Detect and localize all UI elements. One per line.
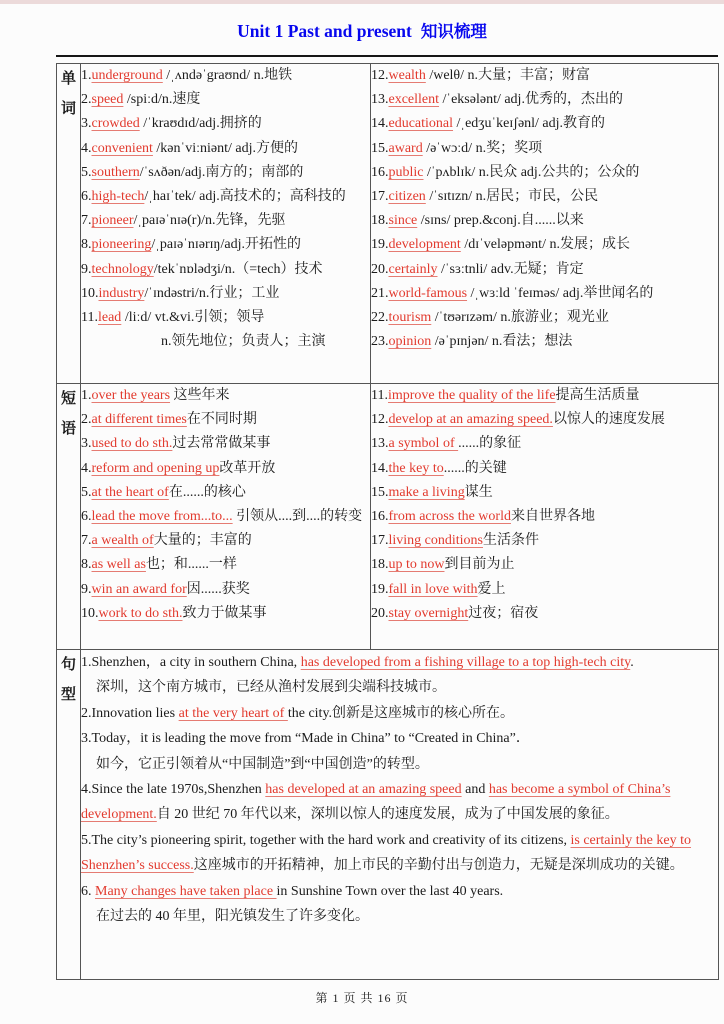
words-left-cell: 1.underground /ˌʌndəˈgraʊnd/ n.地铁2.speed… bbox=[81, 64, 371, 384]
words-left-list: 1.underground /ˌʌndəˈgraʊnd/ n.地铁2.speed… bbox=[81, 64, 370, 354]
title-divider bbox=[56, 55, 718, 57]
vocab-entry: 22.tourism /ˈtʊərɪzəm/ n.旅游业；观光业 bbox=[371, 306, 718, 330]
page-number: 第 1 页 共 16 页 bbox=[0, 989, 724, 1006]
sentence: 3.Today，it is leading the move from “Mad… bbox=[81, 726, 718, 751]
sentence: 4.Since the late 1970s,Shenzhen has deve… bbox=[81, 777, 718, 828]
phrase-entry: 7.a wealth of大量的；丰富的 bbox=[81, 529, 370, 553]
sentences-cell: 1.Shenzhen，a city in southern China, has… bbox=[81, 650, 719, 980]
sentences-row: 句型 1.Shenzhen，a city in southern China, … bbox=[57, 650, 719, 980]
phrase-entry: 18.up to now到目前为止 bbox=[371, 553, 718, 577]
phrases-right-cell: 11.improve the quality of the life提高生活质量… bbox=[371, 384, 719, 650]
sentence: 6. Many changes have taken place in Suns… bbox=[81, 879, 718, 904]
phrase-entry: 4.reform and opening up改革开放 bbox=[81, 457, 370, 481]
vocab-entry: 8.pioneering/ˌpaɪəˈnɪərɪŋ/adj.开拓性的 bbox=[81, 233, 370, 257]
vocab-entry: 16.public /ˈpʌblɪk/ n.民众 adj.公共的；公众的 bbox=[371, 161, 718, 185]
phrase-entry: 11.improve the quality of the life提高生活质量 bbox=[371, 384, 718, 408]
words-right-cell: 12.wealth /welθ/ n.大量；丰富；财富13.excellent … bbox=[371, 64, 719, 384]
phrase-entry: 1.over the years 这些年来 bbox=[81, 384, 370, 408]
vocab-entry: 14.educational /ˌedʒuˈkeɪʃənl/ adj.教育的 bbox=[371, 112, 718, 136]
phrases-row: 短语 1.over the years 这些年来2.at different t… bbox=[57, 384, 719, 650]
sentences-label-cell: 句型 bbox=[57, 650, 81, 980]
words-label-cell: 单词 bbox=[57, 64, 81, 384]
row-label-sentences: 句型 bbox=[60, 650, 77, 710]
vocab-entry: 6.high-tech/ˌhaɪˈtek/ adj.高技术的；高科技的 bbox=[81, 185, 370, 209]
phrase-entry: 9.win an award for因......获奖 bbox=[81, 578, 370, 602]
vocab-entry: 2.speed /spiːd/n.速度 bbox=[81, 88, 370, 112]
phrase-entry: 20.stay overnight过夜；宿夜 bbox=[371, 602, 718, 626]
vocab-entry: 17.citizen /ˈsɪtɪzn/ n.居民；市民，公民 bbox=[371, 185, 718, 209]
vocab-entry: 7.pioneer/ˌpaɪəˈnɪə(r)/n.先锋，先驱 bbox=[81, 209, 370, 233]
vocab-table: 单词 1.underground /ˌʌndəˈgraʊnd/ n.地铁2.sp… bbox=[56, 63, 719, 980]
sentence-translation: 在过去的 40 年里，阳光镇发生了许多变化。 bbox=[81, 904, 718, 929]
phrase-entry: 15.make a living谋生 bbox=[371, 481, 718, 505]
vocab-entry: 3.crowded /ˈkraʊdɪd/adj.拥挤的 bbox=[81, 112, 370, 136]
sentences-list: 1.Shenzhen，a city in southern China, has… bbox=[81, 650, 718, 929]
phrase-entry: 13.a symbol of ......的象征 bbox=[371, 432, 718, 456]
vocab-entry: 20.certainly /ˈsɜːtnli/ adv.无疑；肯定 bbox=[371, 258, 718, 282]
phrase-entry: 8.as well as也；和......一样 bbox=[81, 553, 370, 577]
words-row: 单词 1.underground /ˌʌndəˈgraʊnd/ n.地铁2.sp… bbox=[57, 64, 719, 384]
page-title-chinese: 知识梳理 bbox=[421, 22, 487, 41]
page-title-english: Unit 1 Past and present bbox=[237, 21, 412, 41]
vocab-entry: 4.convenient /kənˈviːniənt/ adj.方便的 bbox=[81, 137, 370, 161]
vocab-entry: 10.industry/ˈɪndəstri/n.行业；工业 bbox=[81, 282, 370, 306]
phrases-left-cell: 1.over the years 这些年来2.at different time… bbox=[81, 384, 371, 650]
row-label-phrases: 短语 bbox=[60, 384, 77, 444]
vocab-entry: 19.development /dɪˈveləpmənt/ n.发展；成长 bbox=[371, 233, 718, 257]
row-label-words: 单词 bbox=[60, 64, 77, 124]
vocab-entry: 21.world-famous /ˌwɜːld ˈfeɪməs/ adj.举世闻… bbox=[371, 282, 718, 306]
phrase-entry: 6.lead the move from...to... 引领从....到...… bbox=[81, 505, 370, 529]
phrase-entry: 5.at the heart of在......的核心 bbox=[81, 481, 370, 505]
phrase-entry: 17.living conditions生活条件 bbox=[371, 529, 718, 553]
vocab-entry: 5.southern/ˈsʌðən/adj.南方的；南部的 bbox=[81, 161, 370, 185]
phrases-left-list: 1.over the years 这些年来2.at different time… bbox=[81, 384, 370, 626]
phrase-entry: 12.develop at an amazing speed.以惊人的速度发展 bbox=[371, 408, 718, 432]
vocab-entry: 11.lead /liːd/ vt.&vi.引领；领导 bbox=[81, 306, 370, 330]
sentence-translation: 如今，它正引领着从“中国制造”到“中国创造”的转型。 bbox=[81, 752, 718, 777]
phrase-entry: 16.from across the world来自世界各地 bbox=[371, 505, 718, 529]
phrase-entry: 2.at different times在不同时期 bbox=[81, 408, 370, 432]
vocab-entry: 13.excellent /ˈeksələnt/ adj.优秀的，杰出的 bbox=[371, 88, 718, 112]
sentence-translation: 深圳，这个南方城市，已经从渔村发展到尖端科技城市。 bbox=[81, 675, 718, 700]
vocab-entry: 18.since /sɪns/ prep.&conj.自......以来 bbox=[371, 209, 718, 233]
sentence: 5.The city’s pioneering spirit, together… bbox=[81, 828, 718, 879]
vocab-entry-continuation: n.领先地位；负责人；主演 bbox=[81, 330, 370, 354]
phrase-entry: 3.used to do sth.过去常常做某事 bbox=[81, 432, 370, 456]
vocab-entry: 9.technology/tekˈnɒlədʒi/n.（=tech）技术 bbox=[81, 258, 370, 282]
window-top-bar bbox=[0, 0, 724, 4]
page-title: Unit 1 Past and present知识梳理 bbox=[0, 19, 724, 44]
words-right-list: 12.wealth /welθ/ n.大量；丰富；财富13.excellent … bbox=[371, 64, 718, 354]
sentence: 1.Shenzhen，a city in southern China, has… bbox=[81, 650, 718, 675]
phrase-entry: 10.work to do sth.致力于做某事 bbox=[81, 602, 370, 626]
phrase-entry: 14.the key to......的关键 bbox=[371, 457, 718, 481]
vocab-entry: 23.opinion /əˈpɪnjən/ n.看法；想法 bbox=[371, 330, 718, 354]
phrases-right-list: 11.improve the quality of the life提高生活质量… bbox=[371, 384, 718, 626]
vocab-entry: 12.wealth /welθ/ n.大量；丰富；财富 bbox=[371, 64, 718, 88]
vocab-entry: 15.award /əˈwɔːd/ n.奖；奖项 bbox=[371, 137, 718, 161]
sentence: 2.Innovation lies at the very heart of t… bbox=[81, 701, 718, 726]
vocab-entry: 1.underground /ˌʌndəˈgraʊnd/ n.地铁 bbox=[81, 64, 370, 88]
phrases-label-cell: 短语 bbox=[57, 384, 81, 650]
phrase-entry: 19.fall in love with爱上 bbox=[371, 578, 718, 602]
